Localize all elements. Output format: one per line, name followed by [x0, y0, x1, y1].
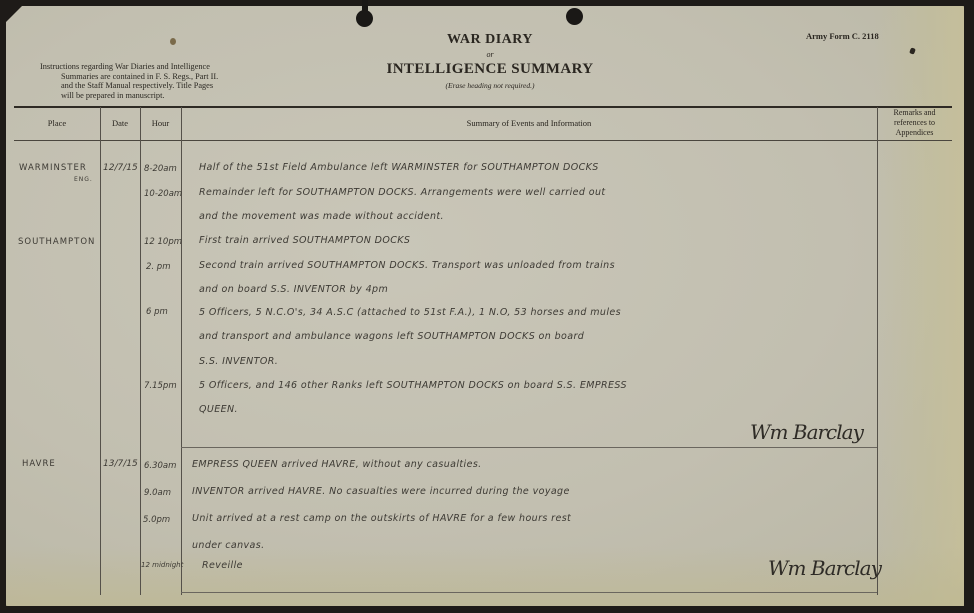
hour-entry: 12 10pm [144, 237, 182, 247]
summary-line: Unit arrived at a rest camp on the outsk… [192, 513, 571, 524]
summary-line: 5 Officers, and 146 other Ranks left SOU… [199, 380, 627, 391]
column-header-date: Date [100, 118, 140, 128]
section-divider [181, 447, 877, 448]
hour-entry: 2. pm [146, 262, 171, 272]
summary-line: First train arrived SOUTHAMPTON DOCKS [199, 235, 410, 246]
table-bottom-rule [181, 592, 877, 593]
date-entry: 12/7/15 [103, 163, 138, 173]
hour-entry: 12 midnight [141, 561, 183, 569]
hour-entry: 7.15pm [144, 381, 177, 391]
column-header-summary: Summary of Events and Information [181, 118, 877, 128]
place-sub: ENG. [74, 176, 93, 183]
punch-hole-icon [566, 8, 583, 25]
column-divider-place [100, 107, 101, 595]
summary-line: and transport and ambulance wagons left … [199, 331, 584, 342]
title-or: or [340, 50, 640, 59]
summary-line: Reveille [202, 560, 243, 571]
signature: Wm Barclay [750, 420, 863, 444]
summary-line: under canvas. [192, 540, 265, 551]
column-header-hour: Hour [140, 118, 181, 128]
paper-stain [170, 38, 176, 45]
summary-line: S.S. INVENTOR. [199, 356, 278, 367]
summary-line: EMPRESS QUEEN arrived HAVRE, without any… [192, 459, 482, 470]
title-intelligence-summary: INTELLIGENCE SUMMARY [340, 61, 640, 78]
folded-corner [0, 0, 28, 28]
hour-entry: 6 pm [146, 307, 168, 317]
column-header-remarks: Remarks and references to Appendices [877, 108, 952, 138]
punch-hole-icon [356, 10, 373, 27]
column-divider-hour [181, 107, 182, 595]
column-header-place: Place [14, 118, 100, 128]
hour-entry: 9.0am [144, 488, 171, 498]
place-southampton: SOUTHAMPTON [18, 237, 95, 247]
summary-line: Second train arrived SOUTHAMPTON DOCKS. … [199, 260, 615, 271]
remarks-header-divider [877, 140, 952, 141]
place-havre: HAVRE [22, 459, 56, 469]
place-warminster: WARMINSTER [19, 163, 87, 173]
hour-entry: 6.30am [144, 461, 176, 471]
form-title: WAR DIARY or INTELLIGENCE SUMMARY (Erase… [340, 32, 640, 90]
summary-line: QUEEN. [199, 404, 238, 415]
title-war-diary: WAR DIARY [340, 32, 640, 48]
summary-line: Remainder left for SOUTHAMPTON DOCKS. Ar… [199, 187, 606, 198]
form-number: Army Form C. 2118 [806, 31, 879, 41]
header-divider [14, 140, 877, 141]
summary-line: INVENTOR arrived HAVRE. No casualties we… [192, 486, 570, 497]
hour-entry: 5.0pm [143, 515, 170, 525]
paper-discoloration [874, 6, 964, 606]
signature: Wm Barclay [768, 556, 881, 580]
summary-line: 5 Officers, 5 N.C.O's, 34 A.S.C (attache… [199, 307, 621, 318]
date-entry: 13/7/15 [103, 459, 138, 469]
summary-line: and on board S.S. INVENTOR by 4pm [199, 284, 388, 295]
column-divider-date [140, 107, 141, 595]
title-note: (Erase heading not required.) [340, 81, 640, 90]
hour-entry: 10-20am [144, 189, 182, 199]
column-divider-remarks [877, 107, 878, 595]
summary-line: Half of the 51st Field Ambulance left WA… [199, 162, 599, 173]
summary-line: and the movement was made without accide… [199, 211, 444, 222]
instructions-text: Instructions regarding War Diaries and I… [40, 62, 280, 100]
hour-entry: 8-20am [144, 164, 177, 174]
table-top-rule [14, 106, 952, 108]
